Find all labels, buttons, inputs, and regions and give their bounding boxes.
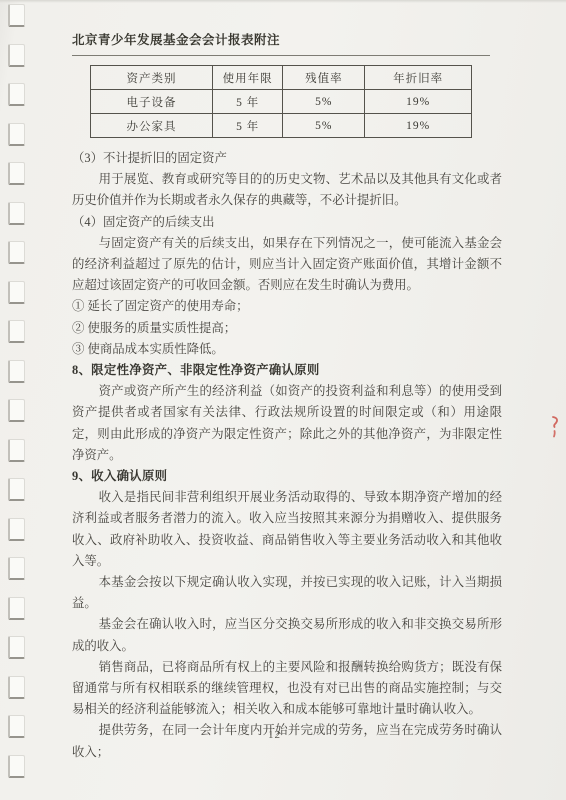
list-item: ③ 使商品成本实质性降低。	[72, 339, 502, 360]
binding-hole	[8, 241, 25, 264]
binding-hole	[8, 715, 25, 738]
table-cell: 19%	[365, 90, 472, 114]
table-header-cell: 资产类别	[91, 66, 213, 90]
table-header-cell: 残值率	[283, 66, 365, 90]
red-pen-mark-icon	[549, 415, 561, 443]
table-header-row: 资产类别 使用年限 残值率 年折旧率	[91, 66, 472, 90]
binding-hole	[8, 202, 25, 225]
binding-hole	[8, 636, 25, 659]
table-header-cell: 年折旧率	[365, 66, 472, 90]
table-cell: 5%	[283, 114, 365, 138]
list-item: ① 延长了固定资产的使用寿命；	[72, 296, 502, 317]
binding-hole	[8, 360, 25, 383]
subheading: （3）不计提折旧的固定资产	[72, 148, 502, 169]
document-content: 北京青少年发展基金会会计报表附注 资产类别 使用年限 残值率 年折旧率 电子设备…	[72, 30, 502, 763]
page-number: 12	[268, 729, 281, 741]
table-cell: 19%	[365, 114, 472, 138]
paragraph: 提供劳务，在同一会计年度内开始并完成的劳务，应当在完成劳务时确认收入；	[72, 720, 502, 762]
paragraph: 与固定资产有关的后续支出，如果存在下列情况之一，使可能流入基金会的经济利益超过了…	[72, 233, 502, 297]
section-heading: 9、收入确认原则	[72, 466, 502, 487]
binding-hole	[8, 676, 25, 699]
binding-hole	[8, 597, 25, 620]
binding-hole	[8, 83, 25, 106]
paragraph: 销售商品，已将商品所有权上的主要风险和报酬转换给购货方；既没有保留通常与所有权相…	[72, 657, 502, 721]
list-item: ② 使服务的质量实质性提高；	[72, 318, 502, 339]
binding-hole	[8, 44, 25, 67]
scanned-page: 北京青少年发展基金会会计报表附注 资产类别 使用年限 残值率 年折旧率 电子设备…	[0, 0, 566, 800]
binding-hole	[8, 281, 25, 304]
body-text: （3）不计提折旧的固定资产 用于展览、教育或研究等目的的历史文物、艺术品以及其他…	[72, 148, 502, 763]
paragraph: 用于展览、教育或研究等目的的历史文物、艺术品以及其他具有文化或者历史价值并作为长…	[72, 169, 502, 211]
table-cell: 5 年	[212, 114, 282, 138]
binding-hole	[8, 123, 25, 146]
subheading: （4）固定资产的后续支出	[72, 212, 502, 233]
table-header-cell: 使用年限	[212, 66, 282, 90]
paragraph: 基金会在确认收入时，应当区分交换交易所形成的收入和非交换交易所形成的收入。	[72, 614, 502, 656]
table-cell: 5 年	[212, 90, 282, 114]
table-cell: 电子设备	[91, 90, 213, 114]
section-heading: 8、限定性净资产、非限定性净资产确认原则	[72, 360, 502, 381]
table-row: 办公家具 5 年 5% 19%	[91, 114, 472, 138]
paragraph: 本基金会按以下规定确认收入实现，并按已实现的收入记账，计入当期损益。	[72, 572, 502, 614]
table-cell: 办公家具	[91, 114, 213, 138]
paragraph: 资产或资产所产生的经济利益（如资产的投资利益和利息等）的使用受到资产提供者或者国…	[72, 381, 502, 466]
binding-hole	[8, 162, 25, 185]
paragraph: 收入是指民间非营利组织开展业务活动取得的、导致本期净资产增加的经济利益或者服务者…	[72, 487, 502, 572]
binding-hole	[8, 478, 25, 501]
depreciation-table: 资产类别 使用年限 残值率 年折旧率 电子设备 5 年 5% 19% 办公家具 …	[90, 65, 472, 138]
binding-hole	[8, 518, 25, 541]
page-title: 北京青少年发展基金会会计报表附注	[72, 30, 490, 56]
binding-hole	[8, 557, 25, 580]
table-row: 电子设备 5 年 5% 19%	[91, 90, 472, 114]
binding-hole	[8, 399, 25, 422]
binding-hole	[8, 4, 25, 27]
binding-hole	[8, 755, 25, 778]
binding-hole	[8, 320, 25, 343]
binding-hole	[8, 439, 25, 462]
table-cell: 5%	[283, 90, 365, 114]
